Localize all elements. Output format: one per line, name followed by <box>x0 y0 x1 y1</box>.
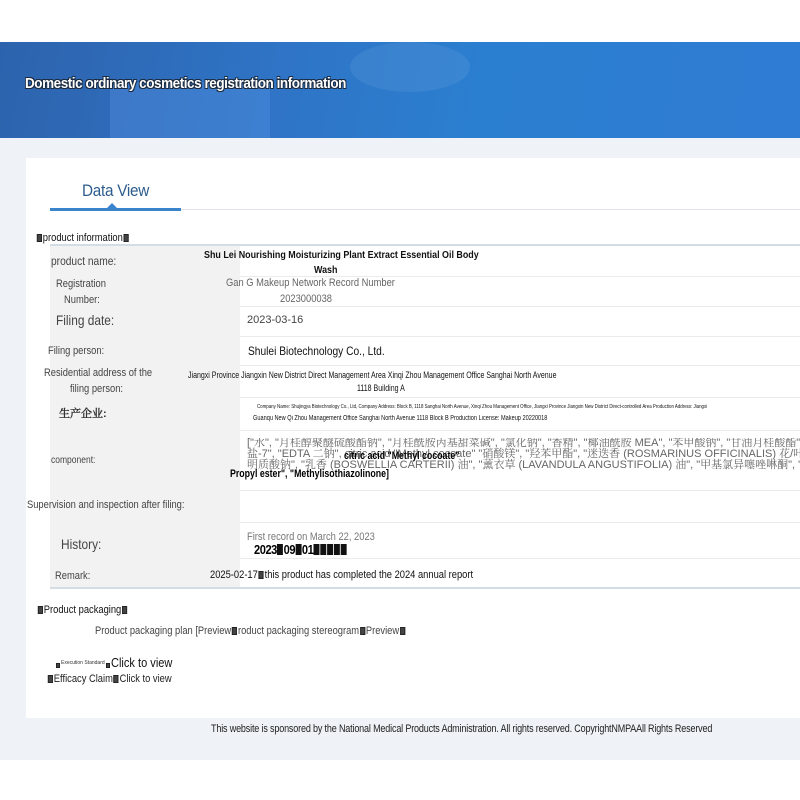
value-product-name-line1: Shu Lei Nourishing Moisturizing Plant Ex… <box>204 248 479 262</box>
unrendered-glyph-icon <box>314 544 320 555</box>
value-history-line2: 20230901 <box>254 542 347 557</box>
section-product-information: product information <box>36 232 130 244</box>
value-filing-date: 2023-03-16 <box>247 313 303 327</box>
packaging-links: Product packaging plan [Previewroduct pa… <box>95 625 406 637</box>
value-product-name-line2: Wash <box>314 263 337 277</box>
label-product-name: product name: <box>51 254 116 269</box>
page-title: Domestic ordinary cosmetics registration… <box>25 75 346 92</box>
label-efficacy-claim: Efficacy Claim <box>54 673 113 685</box>
efficacy-claim-view-link[interactable]: Click to view <box>120 673 172 685</box>
bracket-glyph-icon <box>48 675 53 683</box>
bracket-glyph-icon <box>232 627 237 635</box>
value-manufacturer-line2: Guanqu New Qi Zhou Management Office San… <box>253 414 547 423</box>
row-divider <box>240 490 800 491</box>
unrendered-glyph-icon <box>321 544 327 555</box>
row-divider <box>240 558 800 559</box>
value-component-overlay: citric acid "Methyl cocoate" <box>344 450 459 462</box>
label-history: History: <box>61 537 101 552</box>
unrendered-glyph-icon <box>259 571 264 579</box>
bracket-glyph-icon <box>400 627 405 635</box>
tab-data-view[interactable]: Data View <box>82 181 149 201</box>
bracket-glyph-icon <box>37 234 42 242</box>
label-residential-address-line2: filing person: <box>70 382 123 397</box>
bracket-glyph-icon <box>360 627 365 635</box>
value-registration-number-line2: 2023000038 <box>280 292 332 306</box>
value-filing-person: Shulei Biotechnology Co., Ltd. <box>248 344 385 358</box>
section-product-packaging: Product packaging <box>37 604 128 616</box>
value-residential-address-line1: Jiangxi Province Jiangxin New District D… <box>188 368 556 382</box>
label-filing-date: Filing date: <box>56 313 114 328</box>
row-divider <box>240 365 800 366</box>
header-banner: Domestic ordinary cosmetics registration… <box>0 42 800 138</box>
value-remark: 2025-02-17this product has completed the… <box>210 568 473 582</box>
label-residential-address: Residential address of the <box>44 366 152 381</box>
packaging-plan-preview-link[interactable]: Product packaging plan [Preview <box>95 625 231 637</box>
efficacy-claim-row: Efficacy ClaimClick to view <box>47 673 172 685</box>
row-divider <box>240 397 800 398</box>
bracket-glyph-icon <box>38 606 43 614</box>
unrendered-glyph-icon <box>341 544 347 555</box>
banner-decoration <box>350 42 470 92</box>
tab-caret-icon <box>106 203 118 209</box>
execution-standard-view-link[interactable]: Click to view <box>111 655 172 670</box>
packaging-stereogram-preview-link[interactable]: Preview <box>366 625 399 637</box>
execution-standard-row: Execution StandardClick to view <box>55 654 183 672</box>
label-registration-number: Registration <box>56 277 106 292</box>
unrendered-glyph-icon <box>277 544 283 555</box>
bracket-glyph-icon <box>124 234 129 242</box>
packaging-stereogram-link: roduct packaging stereogram <box>238 625 359 637</box>
row-divider <box>240 430 800 431</box>
label-remark: Remark: <box>55 569 90 584</box>
bracket-glyph-icon <box>122 606 127 614</box>
value-manufacturer-line1: Company Name: Shujingya Biotechnology Co… <box>257 403 707 411</box>
value-component-line4: Propyl ester", "Methylisothiazolinone] <box>230 468 389 480</box>
label-filing-person: Filing person: <box>48 344 104 359</box>
unrendered-glyph-icon <box>327 544 333 555</box>
row-divider <box>240 336 800 337</box>
bracket-glyph-icon <box>106 663 110 668</box>
label-manufacturer: 生产企业: <box>59 407 107 422</box>
label-registration-number-line2: Number: <box>64 293 100 308</box>
bracket-glyph-icon <box>114 675 119 683</box>
row-divider <box>240 306 800 307</box>
label-execution-standard: Execution Standard <box>61 660 105 666</box>
value-residential-address-line2: 1118 Building A <box>357 381 405 395</box>
value-component: ["水", "月桂醇聚醚硫酸酯钠", "月桂酰胺丙基甜菜碱", "氯化钠", "… <box>247 438 800 471</box>
bracket-glyph-icon <box>56 663 60 668</box>
label-supervision: Supervision and inspection after filing: <box>27 498 184 513</box>
label-component: component: <box>51 453 95 468</box>
row-divider <box>240 522 800 523</box>
footer-copyright: This website is sponsored by the Nationa… <box>211 723 712 735</box>
value-registration-number-line1: Gan G Makeup Network Record Number <box>226 276 395 290</box>
unrendered-glyph-icon <box>334 544 340 555</box>
